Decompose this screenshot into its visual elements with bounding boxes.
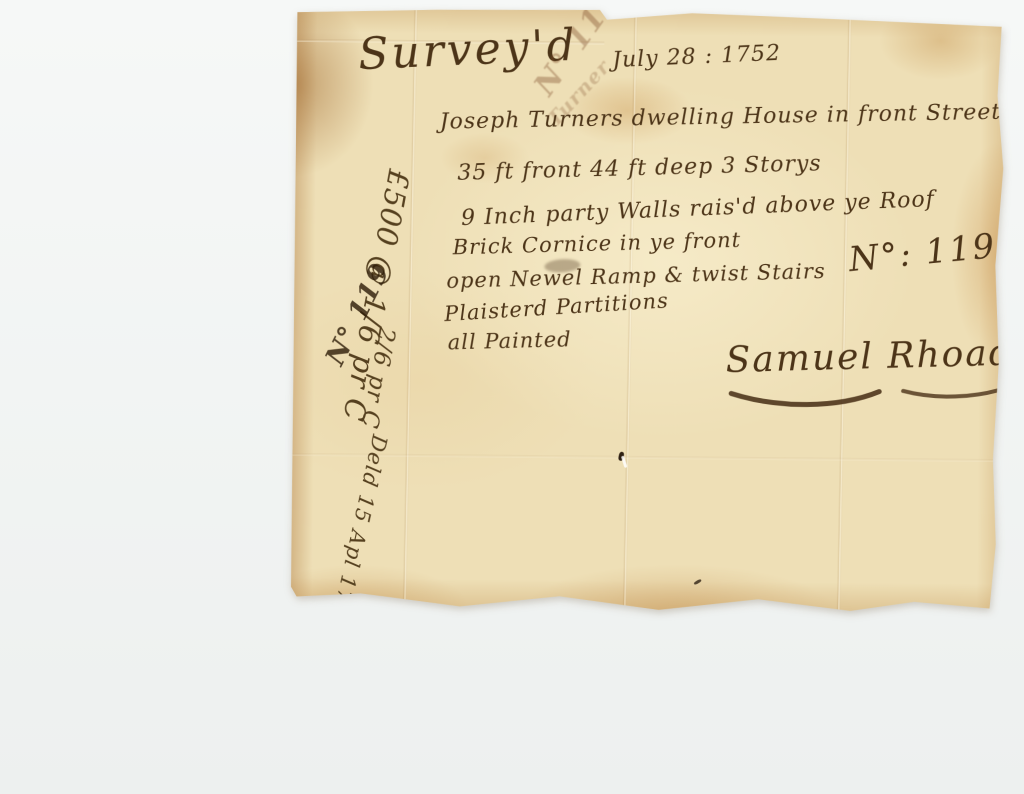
- fold-crease-left: [402, 6, 418, 612]
- survey-date: July 28 : 1752: [612, 41, 782, 73]
- signature-flourish: [727, 378, 1008, 411]
- body-line-party-walls: 9 Inch party Walls rais'd above ye Roof: [461, 187, 936, 231]
- signature-name: Samuel Rhoads: [725, 332, 1024, 381]
- ink-speck: [693, 579, 701, 586]
- fold-crease-right: [836, 10, 852, 616]
- body-line-owner: Joseph Turners dwelling House in front S…: [440, 100, 1002, 135]
- aged-paper-sheet: Survey'd July 28 : 1752 N° 119 Turner Jo…: [289, 5, 1004, 617]
- body-line-dimensions: 35 ft front 44 ft deep 3 Storys: [457, 151, 822, 186]
- survey-document: Survey'd July 28 : 1752 N° 119 Turner Jo…: [289, 5, 1004, 617]
- fold-crease-middle: [291, 453, 1001, 462]
- body-line-painted: all Painted: [447, 327, 571, 354]
- marginal-date-note: Deld 15 Apl 1771: [325, 433, 392, 634]
- body-line-stairs: open Newel Ramp & twist Stairs: [446, 259, 826, 293]
- scanner-background: Survey'd July 28 : 1752 N° 119 Turner Jo…: [0, 0, 1024, 794]
- body-line-cornice: Brick Cornice in ye front: [452, 228, 741, 260]
- docket-number: N°: 119.: [847, 225, 1011, 280]
- body-line-partitions: Plaisterd Partitions: [444, 288, 670, 326]
